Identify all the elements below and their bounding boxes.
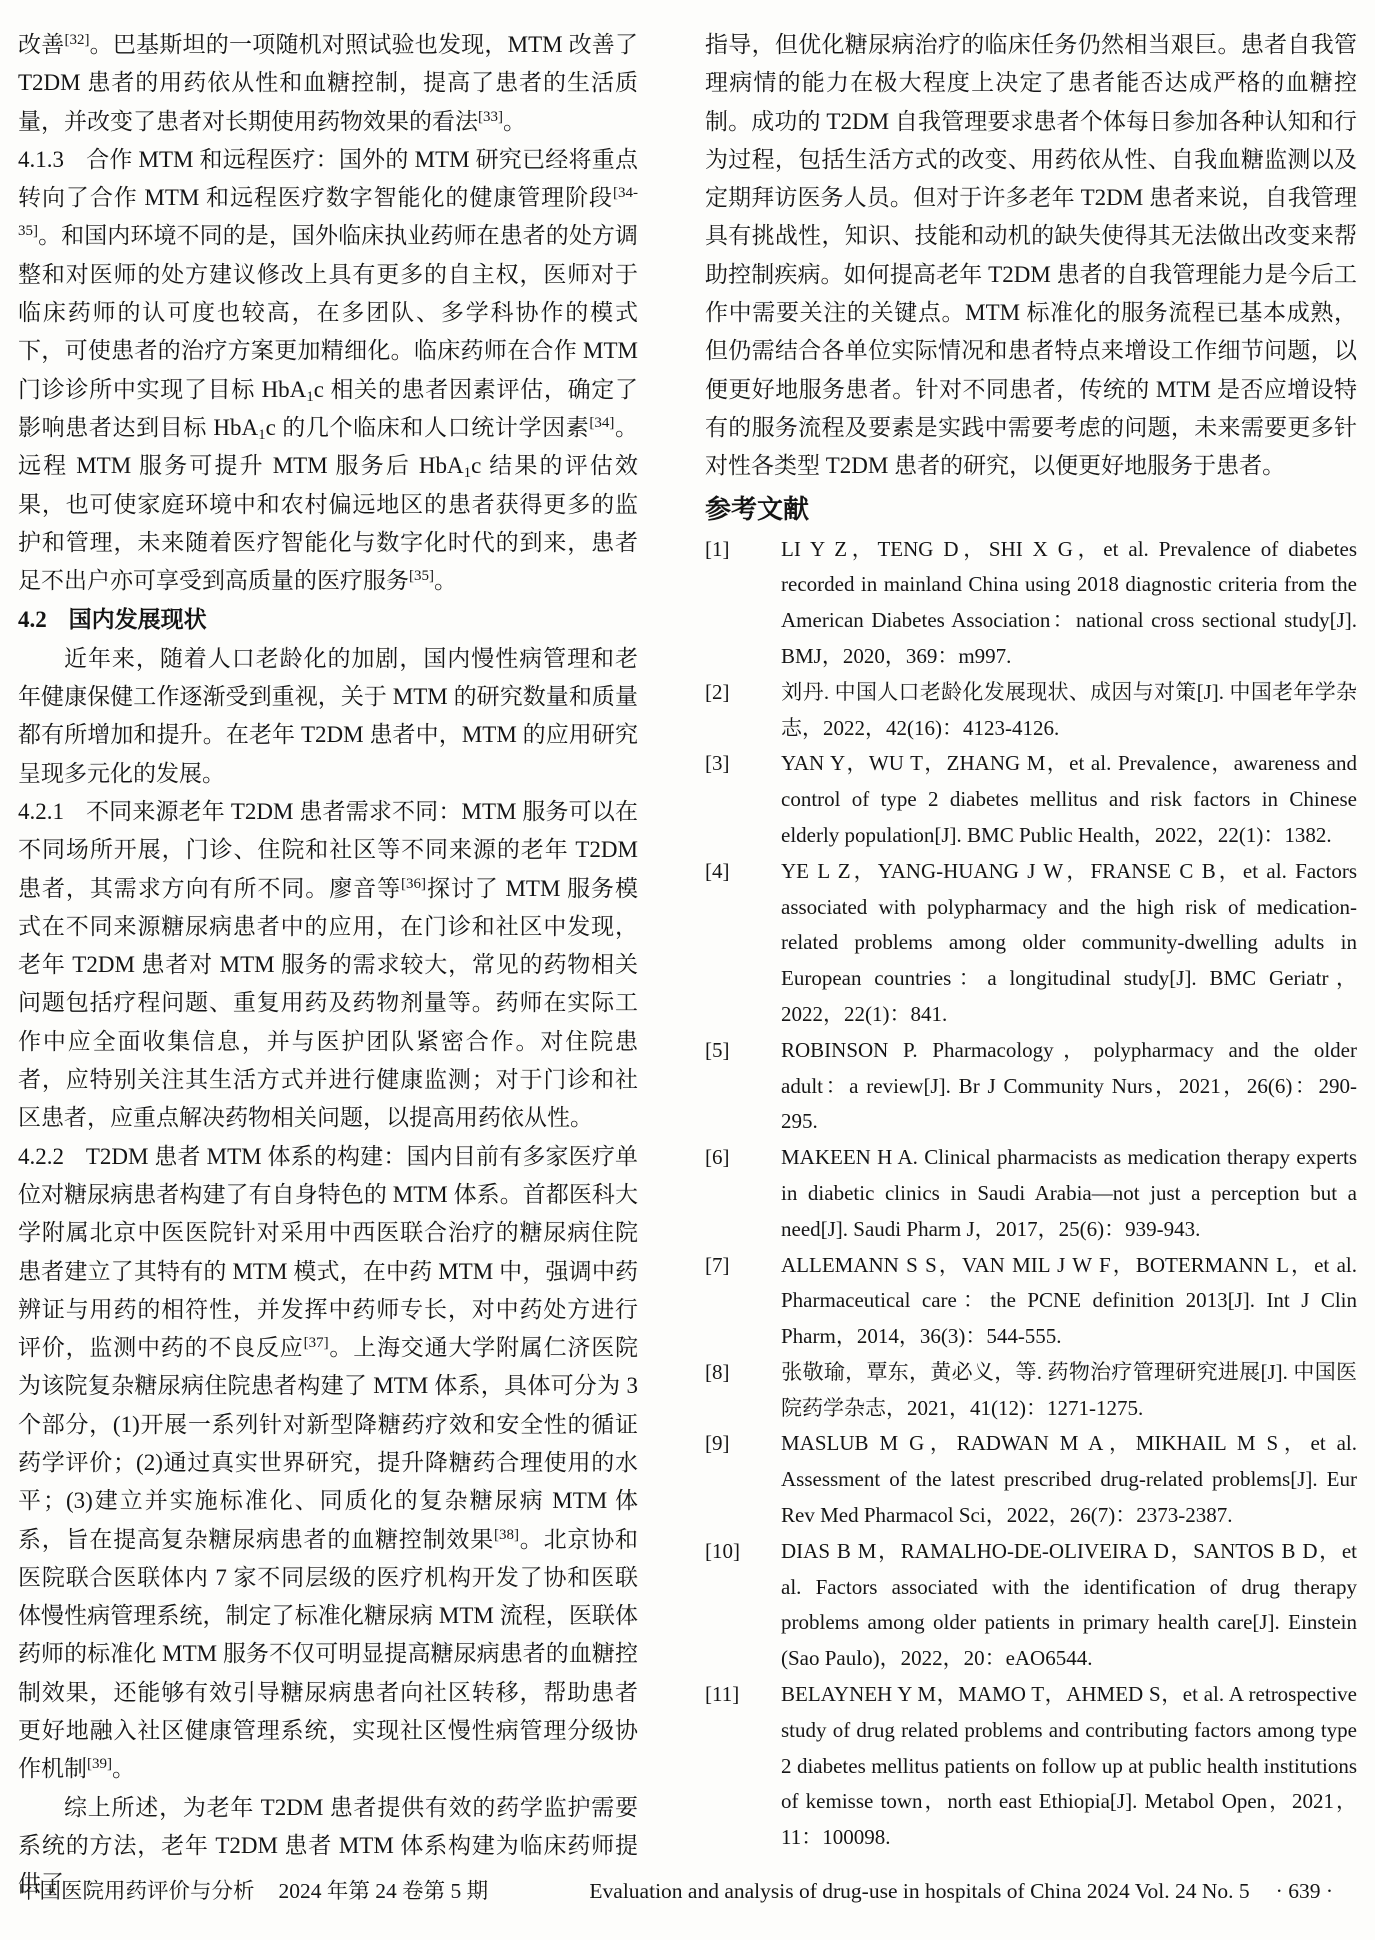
reference-item-6: [6]MAKEEN H A. Clinical pharmacists as m… [705,1140,1357,1247]
footer-journal-cn: 中国医院用药评价与分析2024 年第 24 卷第 5 期 [18,1878,488,1904]
footer-journal-en: Evaluation and analysis of drug-use in h… [589,1878,1333,1904]
issue-info-cn: 2024 年第 24 卷第 5 期 [279,1879,489,1903]
reference-list: [1]LI Y Z，TENG D，SHI X G，et al. Prevalen… [705,532,1357,1856]
reference-number: [7] [705,1248,781,1284]
reference-text: MAKEEN H A. Clinical pharmacists as medi… [781,1145,1357,1241]
section-4-2-2-mtm-system: 4.2.2T2DM 患者 MTM 体系的构建：国内目前有多家医疗单位对糖尿病患者… [18,1138,638,1789]
reference-item-11: [11]BELAYNEH Y M，MAMO T，AHMED S，et al. A… [705,1677,1357,1856]
left-column: 改善[32]。巴基斯坦的一项随机对照试验也发现，MTM 改善了 T2DM 患者的… [18,26,638,1904]
reference-item-8: [8]张敬瑜，覃东，黄必义，等. 药物治疗管理研究进展[J]. 中国医院药学杂志… [705,1355,1357,1427]
text-run: c 的几个临床和人口统计学因素 [266,415,590,440]
section-number: 4.2.1 [18,799,64,824]
text-run: 。 [434,568,457,593]
reference-number: [8] [705,1355,781,1391]
citation-marker-32: [32] [64,32,89,48]
reference-text: 刘丹. 中国人口老龄化发展现状、成因与对策[J]. 中国老年学杂志，2022，4… [781,680,1357,740]
right-column: 指导，但优化糖尿病治疗的临床任务仍然相当艰巨。患者自我管理病情的能力在极大程度上… [705,26,1357,1856]
section-4-2-heading: 4.2国内发展现状 [18,600,638,639]
reference-item-1: [1]LI Y Z，TENG D，SHI X G，et al. Prevalen… [705,532,1357,675]
paragraph-mtm-improvement: 改善[32]。巴基斯坦的一项随机对照试验也发现，MTM 改善了 T2DM 患者的… [18,26,638,141]
citation-marker-35: [35] [409,568,434,584]
section-4-1-3-collaborative-mtm: 4.1.3合作 MTM 和远程医疗：国外的 MTM 研究已经将重点转向了合作 M… [18,141,638,601]
text-run: 探讨了 MTM 服务模式在不同来源糖尿病患者中的应用，在门诊和社区中发现，老年 … [18,876,638,1131]
reference-text: YE L Z，YANG-HUANG J W，FRANSE C B，et al. … [781,859,1357,1026]
subscript-1: 1 [306,389,314,405]
reference-number: [10] [705,1534,781,1570]
journal-name-cn: 中国医院用药评价与分析 [18,1879,255,1903]
page-number: · 639 · [1276,1879,1333,1903]
reference-item-5: [5]ROBINSON P. Pharmacology，polypharmacy… [705,1033,1357,1140]
reference-text: YAN Y，WU T，ZHANG M，et al. Prevalence，awa… [781,751,1357,847]
reference-number: [2] [705,675,781,711]
text-run: 。 [112,1756,135,1781]
reference-text: LI Y Z，TENG D，SHI X G，et al. Prevalence … [781,537,1357,668]
text-run: 。北京协和医院联合医联体内 7 家不同层级的医疗机构开发了协和医联体慢性病管理系… [18,1527,638,1782]
text-run: 。和国内环境不同的是，国外临床执业药师在患者的处方调整和对医师的处方建议修改上具… [18,223,638,401]
reference-number: [11] [705,1677,781,1713]
section-4-2-1-patient-needs: 4.2.1不同来源老年 T2DM 患者需求不同：MTM 服务可以在不同场所开展，… [18,793,638,1138]
reference-item-7: [7]ALLEMANN S S，VAN MIL J W F，BOTERMANN … [705,1248,1357,1355]
citation-marker-37: [37] [304,1335,329,1351]
reference-number: [1] [705,532,781,568]
reference-number: [4] [705,854,781,890]
subscript-1: 1 [258,427,266,443]
citation-marker-39: [39] [87,1756,112,1772]
reference-item-9: [9]MASLUB M G，RADWAN M A，MIKHAIL M S，et … [705,1426,1357,1533]
paper-page: 改善[32]。巴基斯坦的一项随机对照试验也发现，MTM 改善了 T2DM 患者的… [0,0,1375,1940]
section-number: 4.1.3 [18,147,64,172]
reference-text: 张敬瑜，覃东，黄必义，等. 药物治疗管理研究进展[J]. 中国医院药学杂志，20… [781,1360,1357,1420]
section-title: 国内发展现状 [69,606,207,632]
reference-item-10: [10]DIAS B M，RAMALHO-DE-OLIVEIRA D，SANTO… [705,1534,1357,1677]
text-run: T2DM 患者 MTM 体系的构建：国内目前有多家医疗单位对糖尿病患者构建了有自… [18,1144,638,1360]
section-number: 4.2 [18,607,47,632]
reference-item-4: [4]YE L Z，YANG-HUANG J W，FRANSE C B，et a… [705,854,1357,1033]
text-run: 。上海交通大学附属仁济医院为该院复杂糖尿病住院患者构建了 MTM 体系，具体可分… [18,1335,638,1551]
reference-number: [9] [705,1426,781,1462]
reference-text: MASLUB M G，RADWAN M A，MIKHAIL M S，et al.… [781,1431,1357,1527]
paragraph-self-management: 指导，但优化糖尿病治疗的临床任务仍然相当艰巨。患者自我管理病情的能力在极大程度上… [705,26,1357,486]
reference-number: [6] [705,1140,781,1176]
text-run: 。 [503,109,526,134]
reference-text: ROBINSON P. Pharmacology，polypharmacy an… [781,1038,1357,1134]
citation-marker-34: [34] [589,415,614,431]
citation-marker-33: [33] [478,109,503,125]
reference-text: DIAS B M，RAMALHO-DE-OLIVEIRA D，SANTOS B … [781,1539,1357,1670]
reference-text: BELAYNEH Y M，MAMO T，AHMED S，et al. A ret… [781,1682,1357,1849]
reference-item-2: [2]刘丹. 中国人口老龄化发展现状、成因与对策[J]. 中国老年学杂志，202… [705,675,1357,747]
reference-item-3: [3]YAN Y，WU T，ZHANG M，et al. Prevalence，… [705,746,1357,853]
text-run: 合作 MTM 和远程医疗：国外的 MTM 研究已经将重点转向了合作 MTM 和远… [18,147,638,210]
text-run: 。巴基斯坦的一项随机对照试验也发现，MTM 改善了 T2DM 患者的用药依从性和… [18,32,638,134]
reference-number: [5] [705,1033,781,1069]
journal-name-en: Evaluation and analysis of drug-use in h… [589,1879,1249,1903]
page-footer: 中国医院用药评价与分析2024 年第 24 卷第 5 期 Evaluation … [18,1878,1333,1904]
reference-number: [3] [705,746,781,782]
references-heading: 参考文献 [705,486,1357,532]
citation-marker-36: [36] [401,876,426,892]
section-number: 4.2.2 [18,1144,64,1169]
paragraph-domestic-development: 近年来，随着人口老龄化的加剧，国内慢性病管理和老年健康保健工作逐渐受到重视，关于… [18,640,638,793]
citation-marker-38: [38] [494,1527,519,1543]
text-run: 改善 [18,32,64,57]
reference-text: ALLEMANN S S，VAN MIL J W F，BOTERMANN L，e… [781,1253,1357,1349]
